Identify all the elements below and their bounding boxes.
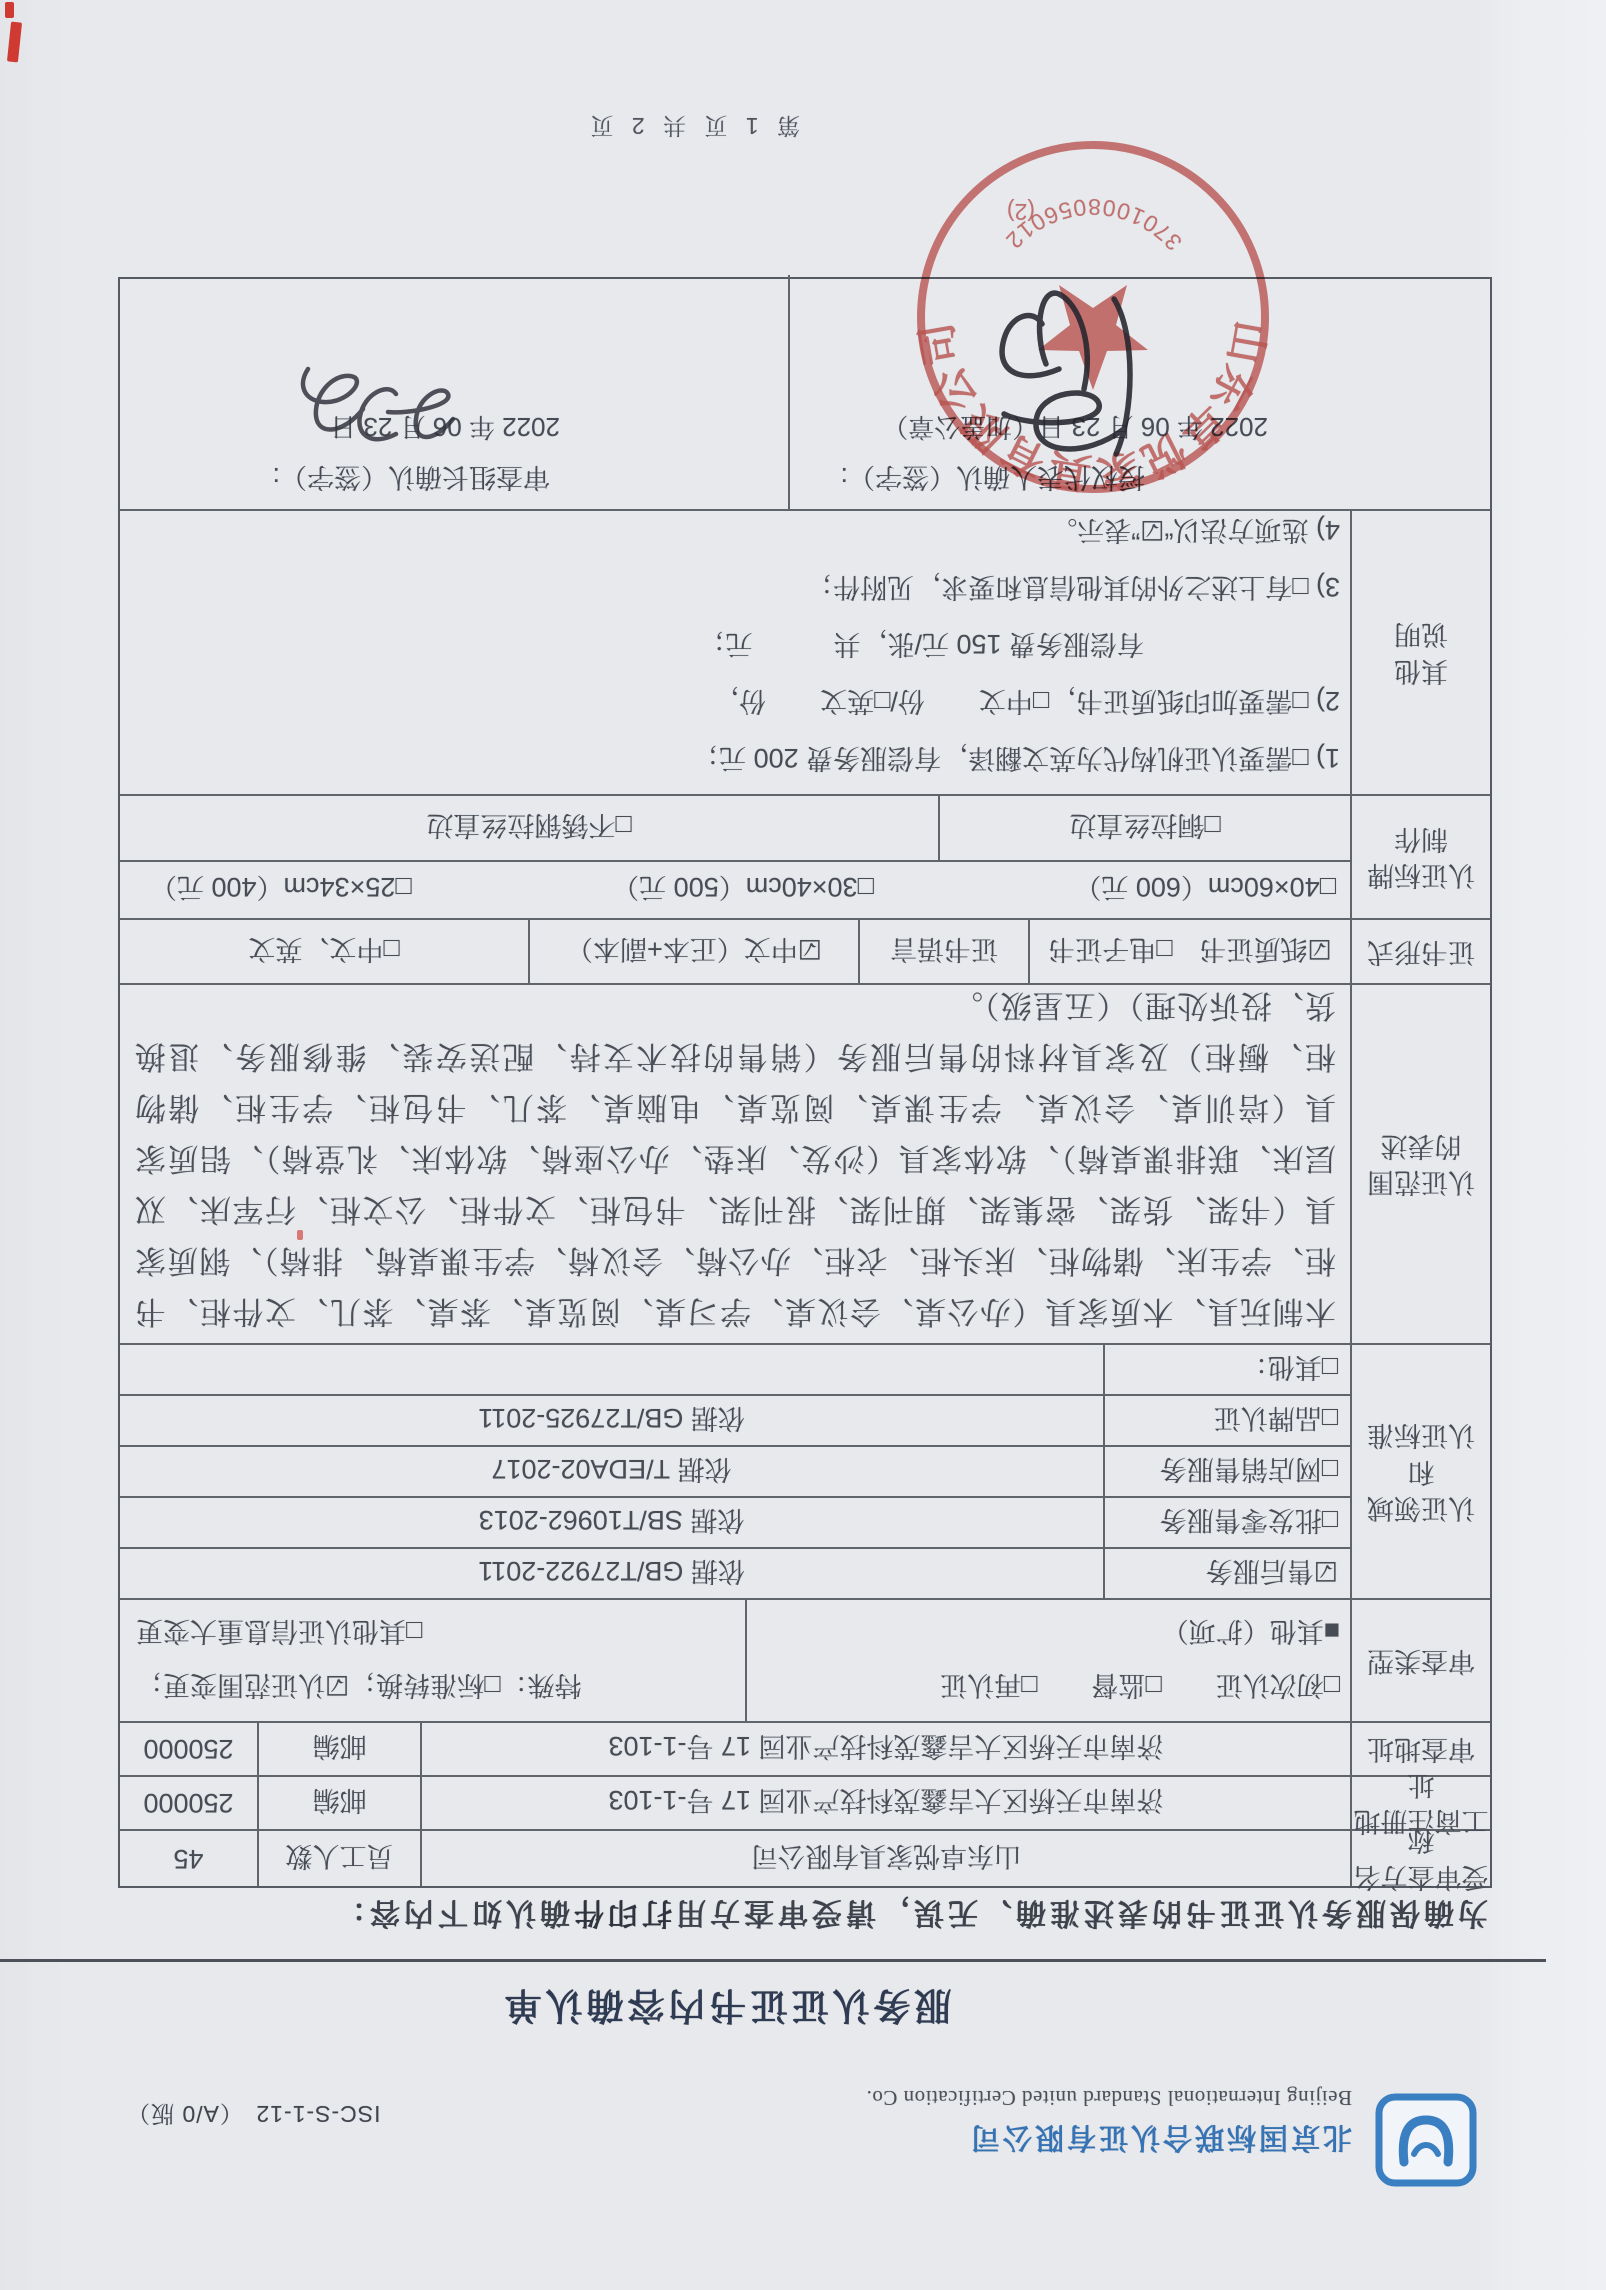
plaque-body: □40×60cm（600 元） □30×40cm（500 元） □25×34cm… — [120, 796, 1350, 918]
cert-row-other: □其他： — [120, 1345, 1350, 1394]
label-certificate-form: 证书形式 — [1350, 920, 1490, 983]
label-plaque-2: 制作 — [1394, 821, 1448, 857]
document-rotated-180: 北京国标联合认证有限公司 Beijing International Stand… — [0, 0, 1606, 2290]
cert-std-1: 依据 SB/T10962-2013 — [120, 1498, 1103, 1547]
cert-name-3: □品牌认证 — [1103, 1396, 1350, 1445]
page-number: 第 1 页 共 2 页 — [584, 111, 800, 144]
label-audit-type: 审查类型 — [1350, 1600, 1490, 1721]
label-other-1: 其他 — [1394, 653, 1448, 689]
scanned-page: 北京国标联合认证有限公司 Beijing International Stand… — [0, 0, 1606, 2290]
cert-std-4 — [120, 1345, 1103, 1394]
label-registered-address: 工商注册地址 — [1350, 1777, 1490, 1829]
audit-type-options-left: □初次认证 □监督 □再认证 ■其他（扩项） — [745, 1600, 1350, 1721]
other-notes-body: 1) □需要认证机构代为英文翻译，有偿服务费 200 元； 2) □需要加印纸质… — [120, 511, 1350, 794]
cert-std-3: 依据 GB/T27925-2011 — [120, 1396, 1103, 1445]
label-postcode: 邮编 — [257, 1777, 422, 1829]
cert-name-4: □其他： — [1103, 1345, 1350, 1394]
audit-address-value: 济南市天桥区大吉鑫茂科技产业园 17 号-1-103 — [422, 1723, 1350, 1775]
cert-row-wholesale: □批发零售服务 依据 SB/T10962-2013 — [120, 1496, 1350, 1547]
row-certification-scope: 认证范围 的表述 木制玩具、木质家具（办公桌、会议桌、学习桌、阅览桌、茶桌、茶几… — [120, 983, 1490, 1343]
intro-prefix: 为确保服务认证证书的表述准确、无误，请受审查方用 — [672, 1896, 1488, 1929]
company-name-en: Beijing International Standard united Ce… — [866, 2085, 1352, 2110]
authorized-representative-signature — [944, 279, 1154, 484]
label-other-notes: 其他 说明 — [1350, 511, 1490, 794]
row-audit-address: 审查地址 济南市天桥区大吉鑫茂科技产业园 17 号-1-103 邮编 25000… — [120, 1721, 1490, 1775]
auditee-name-value: 山东卓悦家具有限公司 — [422, 1831, 1350, 1886]
certification-field-body: ☑售后服务 依据 GB/T27922-2011 □批发零售服务 依据 SB/T1… — [120, 1345, 1350, 1598]
other-note-2-cont: 有偿服务费 150 元/张，共 元； — [120, 615, 1350, 672]
header-rule — [0, 1959, 1546, 1962]
label-certification-field: 认证领域 和 认证标准 — [1350, 1345, 1490, 1598]
row-plaque: 认证标牌 制作 □40×60cm（600 元） □30×40cm（500 元） … — [120, 794, 1490, 918]
certification-scope-text: 木制玩具、木质家具（办公桌、会议桌、学习桌、阅览桌、茶桌、茶几、文件柜、书柜、学… — [120, 985, 1350, 1343]
red-edge-mark — [5, 2, 14, 18]
label-scope-2: 的表述 — [1381, 1128, 1462, 1164]
certificate-media-options: ☑纸质证书 □电子证书 — [1028, 920, 1350, 983]
certifier-logo-icon — [1374, 2092, 1478, 2188]
label-certification-scope: 认证范围 的表述 — [1350, 985, 1490, 1343]
label-field-3: 认证标准 — [1367, 1417, 1475, 1453]
label-plaque: 认证标牌 制作 — [1350, 796, 1490, 918]
other-note-4: 4) 选项方法以“☑”表示。 — [120, 501, 1350, 558]
plaque-materials: □铜拉丝直边 □不锈钢拉丝直边 — [120, 796, 1350, 860]
intro-line: 为确保服务认证证书的表述准确、无误，请受审查方用打印件确认如下内容： — [88, 1894, 1488, 1938]
letterhead: 北京国标联合认证有限公司 Beijing International Stand… — [118, 2060, 1492, 2194]
confirmation-table: 受审查方名称 山东卓悦家具有限公司 员工人数 45 工商注册地址 济南市天桥区大… — [118, 277, 1492, 1888]
cert-row-onlineshop: □网店销售服务 依据 T/EDA02-2017 — [120, 1445, 1350, 1496]
red-speck — [297, 1230, 303, 1240]
other-note-3: 3) □有上述之外的其他信息和要求，见附件； — [120, 558, 1350, 615]
row-registered-address: 工商注册地址 济南市天桥区大吉鑫茂科技产业园 17 号-1-103 邮编 250… — [120, 1775, 1490, 1829]
label-plaque-1: 认证标牌 — [1367, 857, 1475, 893]
label-certificate-language: 证书语言 — [858, 920, 1028, 983]
intro-bold: 打印件 — [570, 1896, 672, 1929]
cert-row-aftersales: ☑售后服务 依据 GB/T27922-2011 — [120, 1547, 1350, 1598]
label-employee-count: 员工人数 — [257, 1831, 422, 1886]
label-postcode-2: 邮编 — [257, 1723, 422, 1775]
plaque-material-0: □铜拉丝直边 — [938, 796, 1350, 860]
cert-name-0: ☑售后服务 — [1103, 1549, 1350, 1598]
cert-std-2: 依据 T/EDA02-2017 — [120, 1447, 1103, 1496]
seal-note-text: (2) — [1007, 199, 1035, 225]
employee-count-value: 45 — [120, 1831, 257, 1886]
page-title: 服务认证证书内容确认单 — [0, 1982, 1606, 2036]
registered-address-value: 济南市天桥区大吉鑫茂科技产业园 17 号-1-103 — [422, 1777, 1350, 1829]
label-scope-1: 认证范围 — [1367, 1164, 1475, 1200]
cert-name-2: □网店销售服务 — [1103, 1447, 1350, 1496]
postcode-value: 250000 — [120, 1777, 257, 1829]
label-audit-address: 审查地址 — [1350, 1723, 1490, 1775]
label-field-2: 和 — [1408, 1453, 1435, 1489]
plaque-size-0: □40×60cm（600 元） — [1074, 870, 1336, 909]
row-other-notes: 其他 说明 1) □需要认证机构代为英文翻译，有偿服务费 200 元； 2) □… — [120, 509, 1490, 794]
cert-row-brand: □品牌认证 依据 GB/T27925-2011 — [120, 1394, 1350, 1445]
audit-type-other-change: □其他认证信息重大变更 — [136, 1614, 422, 1653]
audit-leader-signature — [278, 339, 468, 464]
cert-name-1: □批发零售服务 — [1103, 1498, 1350, 1547]
plaque-size-2: □25×34cm（400 元） — [150, 870, 412, 909]
certificate-language-cn-en: □中文、英文 — [120, 920, 528, 983]
plaque-size-1: □30×40cm（500 元） — [612, 870, 874, 909]
row-certification-field: 认证领域 和 认证标准 ☑售后服务 依据 GB/T27922-2011 □批发零… — [120, 1343, 1490, 1598]
other-note-2: 2) □需要加印纸质证书，□中文 份/□英文 份， — [120, 672, 1350, 729]
audit-type-special: 特殊：□标准转换；☑认证范围变更； — [136, 1668, 582, 1707]
audit-leader-label: 审查组长确认（签字）: — [272, 460, 550, 499]
postcode-value-2: 250000 — [120, 1723, 257, 1775]
certificate-language-cn: ☑中文（正本+副本） — [528, 920, 858, 983]
row-audit-type: 审查类型 □初次认证 □监督 □再认证 ■其他（扩项） 特殊：□标准转换；☑认证… — [120, 1598, 1490, 1721]
audit-type-options-right: 特殊：□标准转换；☑认证范围变更； □其他认证信息重大变更 — [120, 1600, 745, 1721]
row-auditee-name: 受审查方名称 山东卓悦家具有限公司 员工人数 45 — [120, 1829, 1490, 1886]
audit-type-line2: ■其他（扩项） — [747, 1614, 1340, 1653]
label-field-1: 认证领域 — [1367, 1490, 1475, 1526]
label-other-2: 说明 — [1394, 616, 1448, 652]
document-number: ISC-S-1-12 （A/0 版） — [126, 2099, 380, 2132]
cert-std-0: 依据 GB/T27922-2011 — [120, 1549, 1103, 1598]
other-note-1: 1) □需要认证机构代为英文翻译，有偿服务费 200 元； — [120, 729, 1350, 786]
audit-type-line1: □初次认证 □监督 □再认证 — [747, 1668, 1340, 1707]
row-certificate-form: 证书形式 ☑纸质证书 □电子证书 证书语言 ☑中文（正本+副本） □中文、英文 — [120, 918, 1490, 983]
company-name-cn: 北京国标联合认证有限公司 — [968, 2119, 1352, 2160]
plaque-material-1: □不锈钢拉丝直边 — [120, 796, 938, 860]
red-edge-mark — [7, 22, 22, 63]
plaque-sizes: □40×60cm（600 元） □30×40cm（500 元） □25×34cm… — [120, 860, 1350, 918]
intro-suffix: 确认如下内容： — [332, 1896, 570, 1929]
